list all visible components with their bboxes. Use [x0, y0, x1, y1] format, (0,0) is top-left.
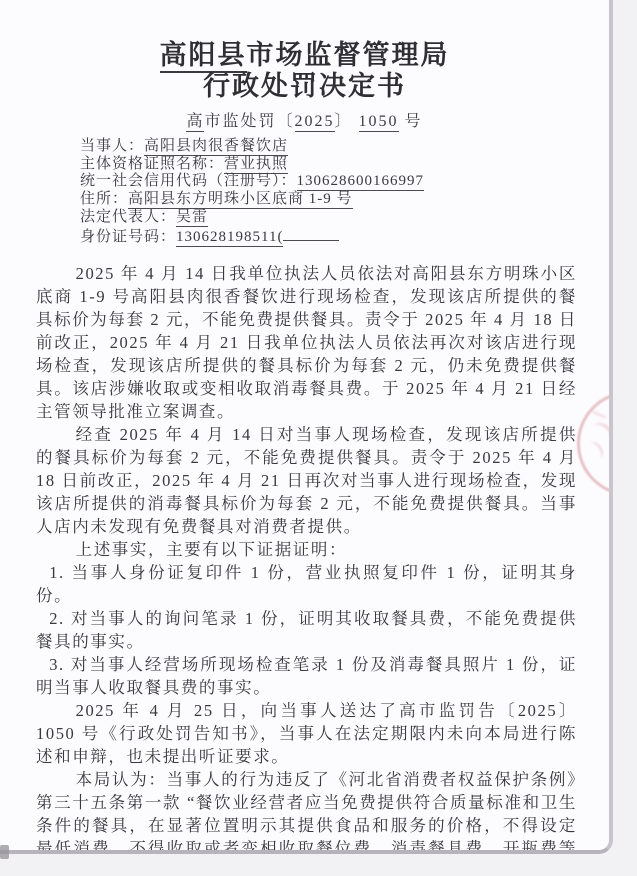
field-value: 高阳县东方明珠小区底商 1-9 号 [128, 191, 353, 209]
evidence-item-3: 3. 对当事人经营场所现场检查笔录 1 份及消毒餐具照片 1 份，证明当事人收取… [36, 653, 577, 699]
field-license-type: 主体资格证照名称：营业执照 [80, 156, 594, 174]
field-value: 吴雷 [176, 209, 208, 227]
docno-bracket-close: 〕 [335, 113, 353, 130]
field-legal-representative: 法定代表人：吴雷 [80, 209, 594, 227]
field-label: 主体资格证照名称： [80, 156, 224, 172]
body-paragraph-inspection: 2025 年 4 月 14 日我单位执法人员依法对高阳县东方明珠小区底商 1-9… [36, 262, 577, 423]
docno-mid: 市监处罚〔 [204, 113, 294, 130]
docno-suffix: 号 [399, 113, 423, 130]
doc-number-line: 高市监处罚〔2025〕 1050 号 [0, 108, 609, 131]
agency-name-filled: 高阳县 [160, 40, 247, 73]
document-page: 高阳县市场监督管理局 行政处罚决定书 高市监处罚〔2025〕 1050 号 当事… [0, 0, 613, 854]
evidence-item-1: 1. 当事人身份证复印件 1 份，营业执照复印件 1 份，证明其身份。 [36, 561, 577, 607]
field-value: 130628600166997 [297, 173, 425, 191]
page-corner-shadow [0, 845, 9, 859]
field-value: 高阳县肉很香餐饮店 [144, 138, 288, 156]
agency-title-line: 高阳县市场监督管理局 [0, 40, 609, 71]
field-label: 统一社会信用代码（注册号）： [80, 173, 297, 189]
docno-year: 2025 [295, 113, 335, 132]
body-paragraph-notification: 2025 年 4 月 25 日，向当事人送达了高市监罚告〔2025〕1050 号… [36, 699, 577, 768]
docno-agency-abbr: 高 [186, 113, 204, 132]
redacted-id-digits [283, 227, 339, 241]
document-type-title: 行政处罚决定书 [0, 71, 609, 102]
evidence-item-2: 2. 对当事人的询问笔录 1 份，证明其收取餐具费，不能免费提供餐具的事实。 [36, 607, 577, 653]
field-value: 营业执照 [224, 156, 288, 174]
body-paragraph-findings: 经查 2025 年 4 月 14 日对当事人现场检查，发现该店所提供的餐具标价为… [36, 423, 577, 538]
agency-name-rest: 市场监督管理局 [247, 40, 450, 70]
party-info-fields: 当事人：高阳县肉很香餐饮店 主体资格证照名称：营业执照 统一社会信用代码（注册号… [80, 138, 594, 246]
field-value: 130628198511( [176, 229, 283, 247]
field-credit-code: 统一社会信用代码（注册号）：130628600166997 [80, 173, 594, 191]
field-id-number: 身份证号码：130628198511( [80, 227, 594, 247]
document-header: 高阳县市场监督管理局 行政处罚决定书 [0, 40, 609, 102]
body-paragraph-evidence-intro: 上述事实，主要有以下证据证明： [36, 538, 577, 561]
docno-serial: 1050 [359, 113, 399, 132]
field-label: 法定代表人： [80, 209, 176, 225]
document-body: 2025 年 4 月 14 日我单位执法人员依法对高阳县东方明珠小区底商 1-9… [36, 262, 577, 854]
field-party: 当事人：高阳县肉很香餐饮店 [80, 138, 594, 156]
field-address: 住所：高阳县东方明珠小区底商 1-9 号 [80, 191, 594, 209]
field-label: 住所： [80, 191, 128, 207]
body-paragraph-legal-basis: 本局认为：当事人的行为违反了《河北省消费者权益保护条例》第三十五条第一款 “餐饮… [36, 768, 577, 854]
field-label: 身份证号码： [80, 229, 176, 245]
scanner-background: 高阳县市场监督管理局 行政处罚决定书 高市监处罚〔2025〕 1050 号 当事… [0, 0, 637, 876]
field-label: 当事人： [80, 138, 144, 154]
